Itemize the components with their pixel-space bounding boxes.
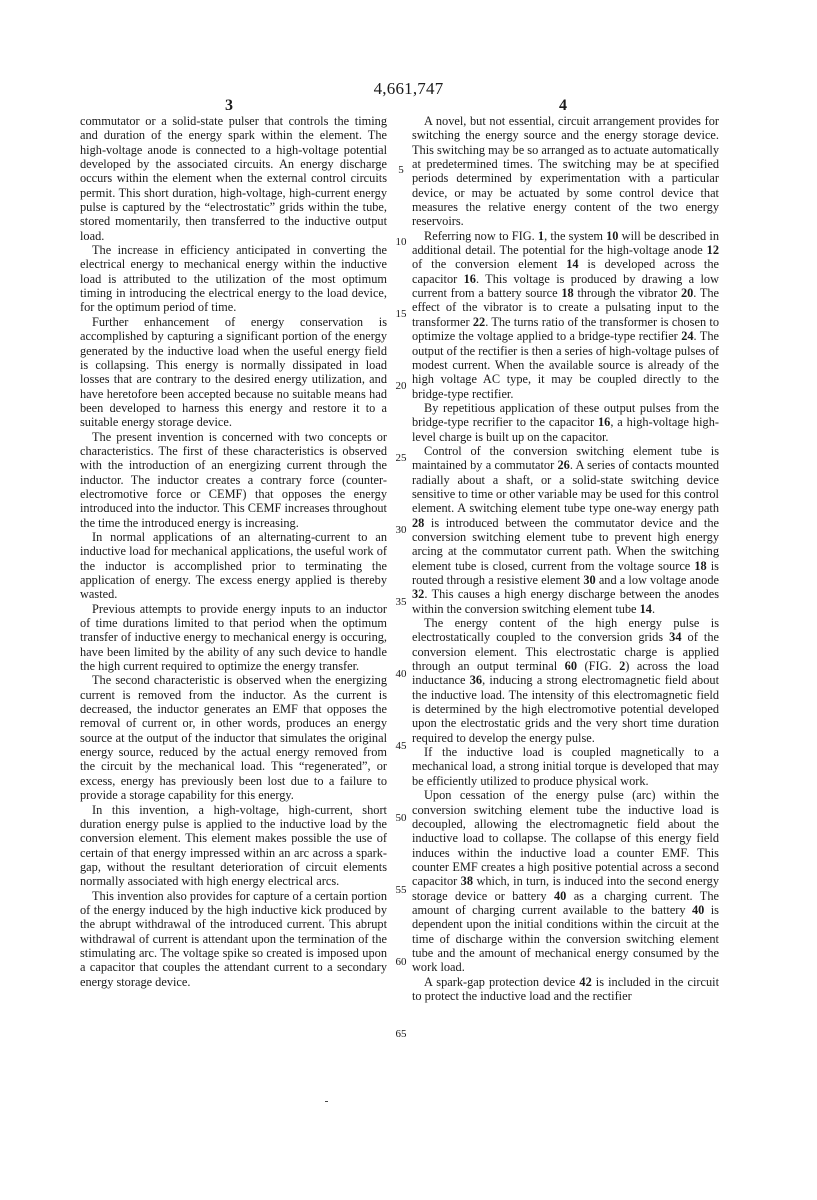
line-number: 55 (393, 884, 409, 896)
line-number: 65 (393, 1028, 409, 1040)
paragraph: A novel, but not essential, circuit arra… (412, 114, 719, 229)
paragraph: The increase in efficiency anticipated i… (80, 243, 387, 315)
line-number: 50 (393, 812, 409, 824)
paragraph: Previous attempts to provide energy inpu… (80, 602, 387, 674)
paragraph: This invention also provides for capture… (80, 889, 387, 989)
paragraph: In this invention, a high-voltage, high-… (80, 803, 387, 889)
line-number: 25 (393, 452, 409, 464)
paragraph: Upon cessation of the energy pulse (arc)… (412, 788, 719, 974)
paragraph: By repetitious application of these outp… (412, 401, 719, 444)
line-number: 30 (393, 524, 409, 536)
paragraph: A spark-gap protection device 42 is incl… (412, 975, 719, 1004)
paragraph: In normal applications of an alternating… (80, 530, 387, 602)
paragraph: Referring now to FIG. 1, the system 10 w… (412, 229, 719, 401)
line-number: 10 (393, 236, 409, 248)
right-text-column: A novel, but not essential, circuit arra… (412, 114, 719, 1003)
line-number: 20 (393, 380, 409, 392)
paragraph: commutator or a solid-state pulser that … (80, 114, 387, 243)
paragraph: The second characteristic is observed wh… (80, 673, 387, 802)
line-number: 5 (393, 164, 409, 176)
paragraph: The energy content of the high energy pu… (412, 616, 719, 745)
paragraph: Control of the conversion switching elem… (412, 444, 719, 616)
line-number: 40 (393, 668, 409, 680)
column-number-right: 4 (559, 97, 567, 115)
patent-number: 4,661,747 (0, 79, 817, 99)
left-text-column: commutator or a solid-state pulser that … (80, 114, 387, 989)
line-number: 45 (393, 740, 409, 752)
paragraph: The present invention is concerned with … (80, 430, 387, 530)
scan-artifact (325, 1101, 328, 1102)
paragraph: Further enhancement of energy conservati… (80, 315, 387, 430)
line-number: 60 (393, 956, 409, 968)
line-number: 15 (393, 308, 409, 320)
column-number-left: 3 (225, 97, 233, 115)
paragraph: If the inductive load is coupled magneti… (412, 745, 719, 788)
line-number: 35 (393, 596, 409, 608)
